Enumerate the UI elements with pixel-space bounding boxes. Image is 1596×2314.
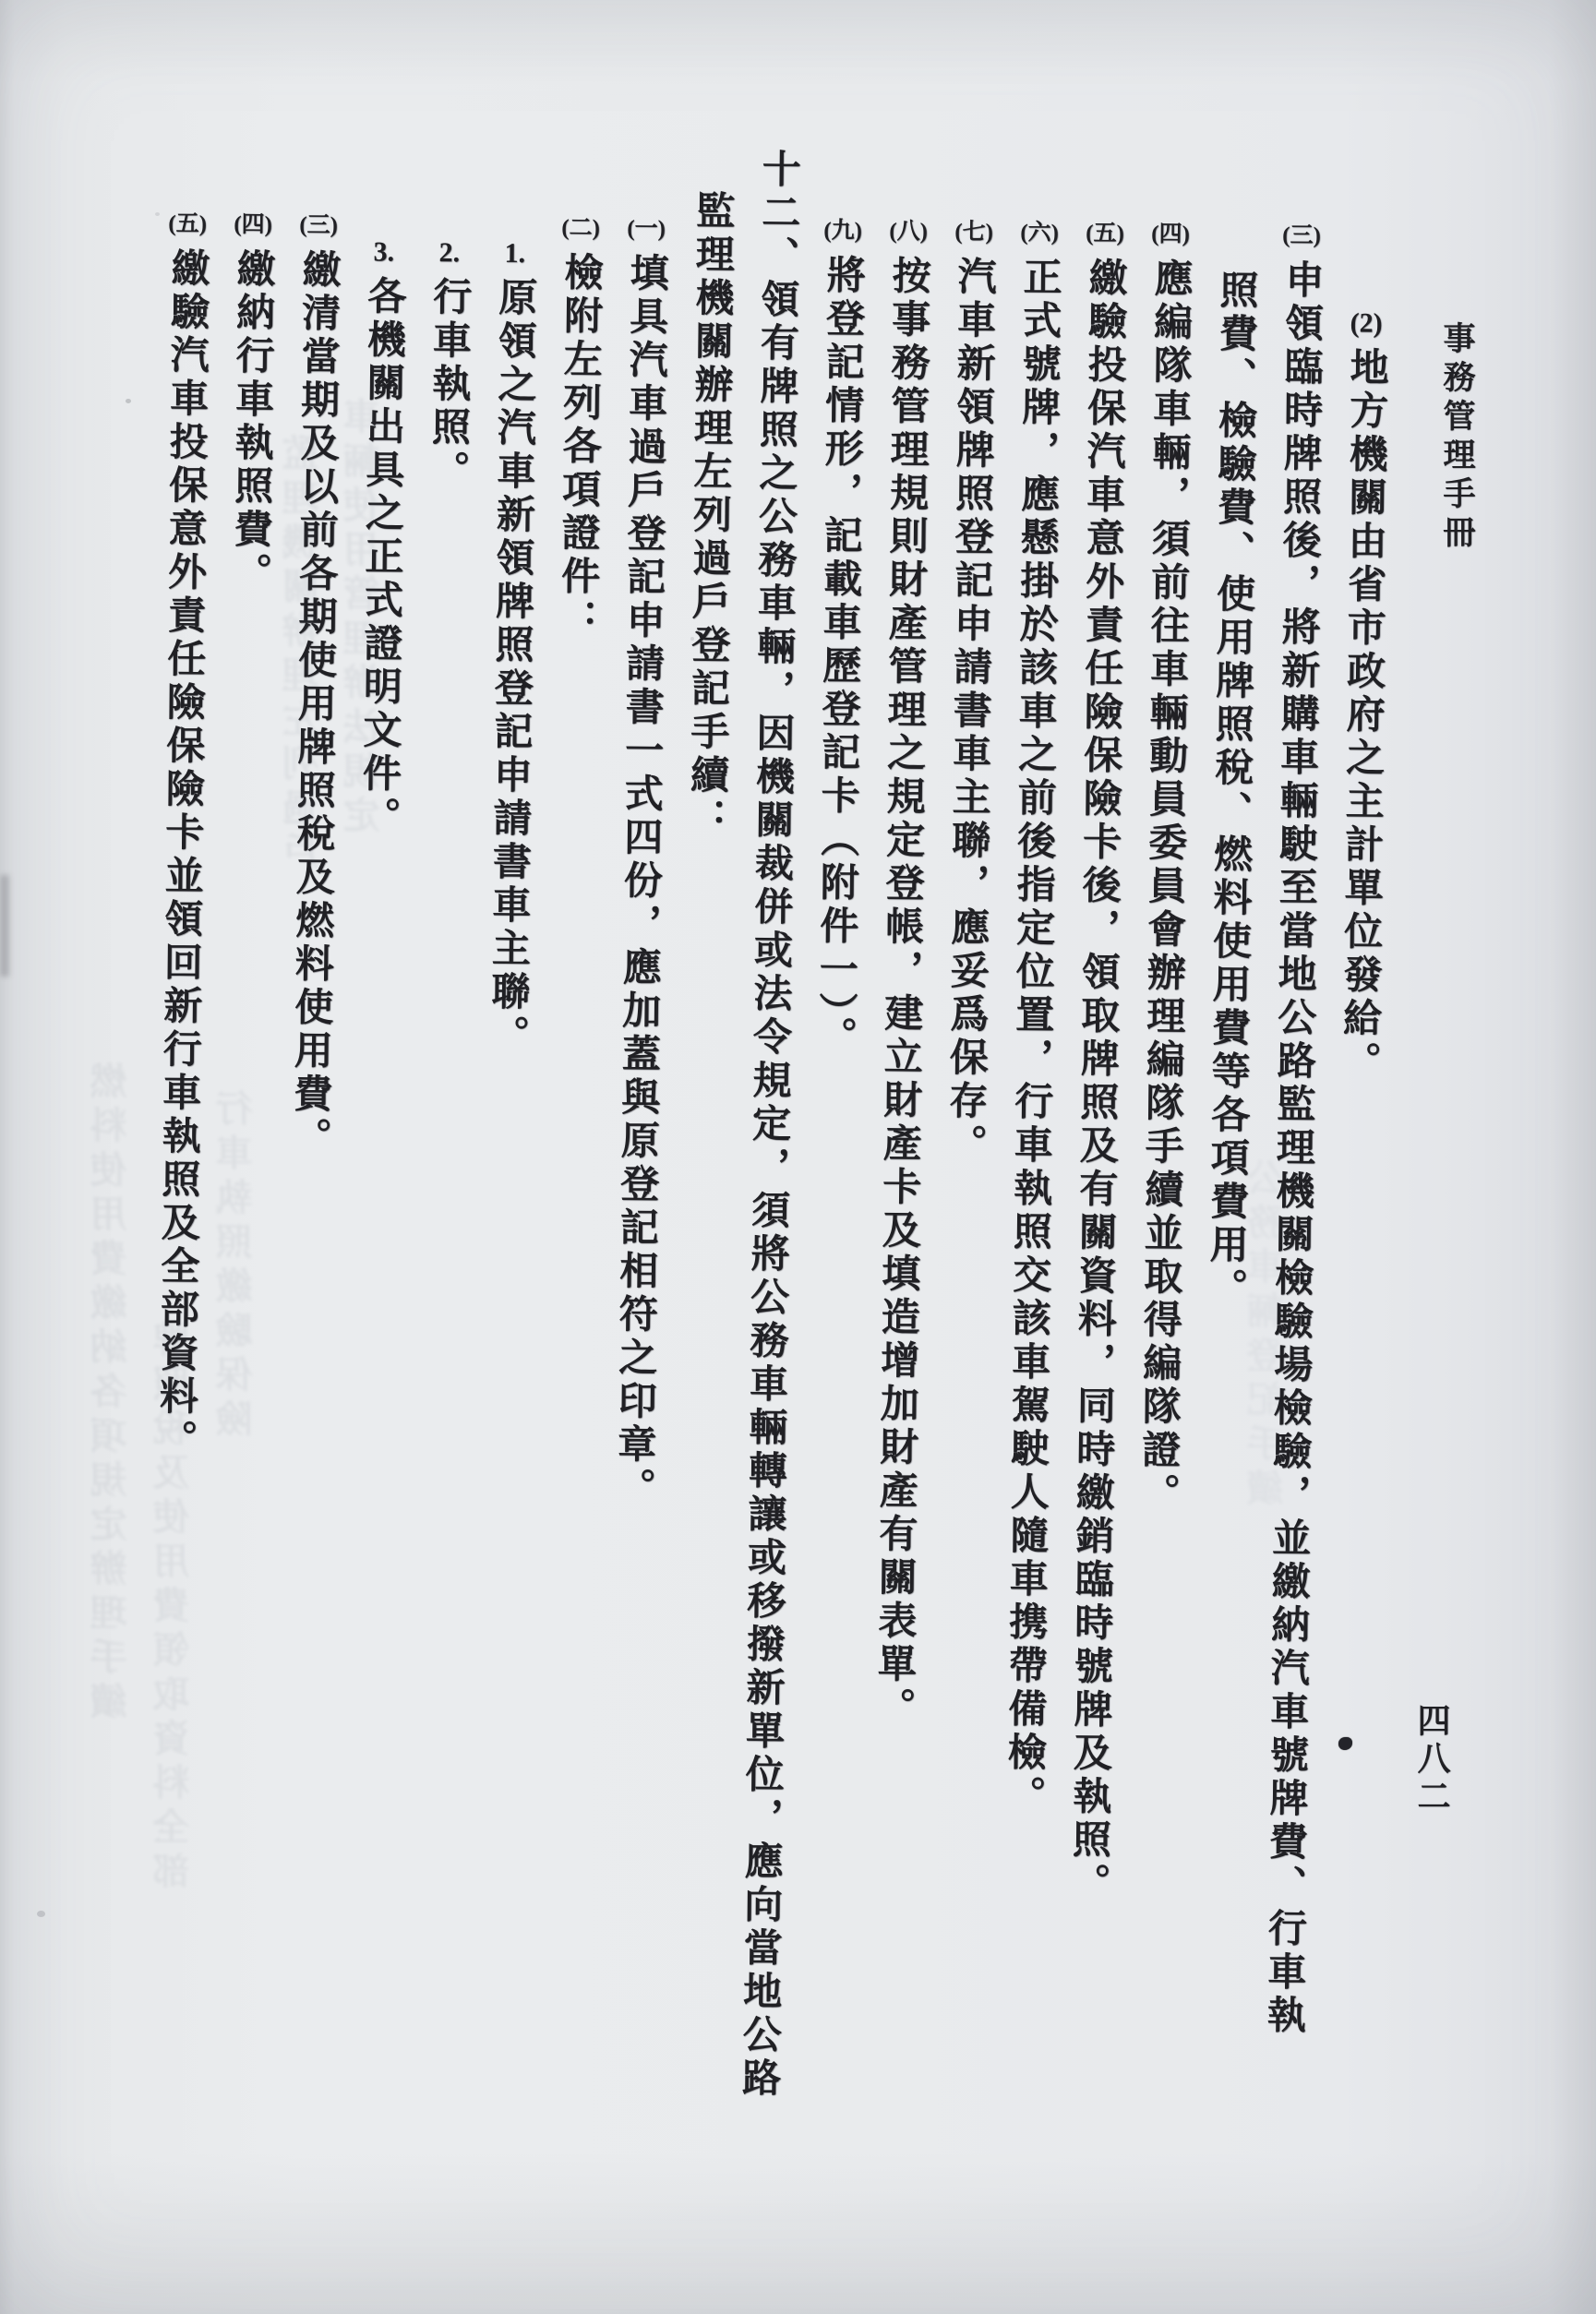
bleedthrough-ghost: 車輛使用管理辦法規定 bbox=[338, 397, 390, 840]
subitem-2-text: 行車執照。 bbox=[426, 276, 470, 493]
item-liu-marker: (六) bbox=[1018, 210, 1062, 257]
page-number: 四八二 bbox=[1409, 1703, 1456, 1816]
item-san-marker: (三) bbox=[1280, 213, 1324, 259]
item-si-text: 應編隊車輛，須前往車輛動員委員會辦理編隊手續並取得編隊證。 bbox=[1136, 258, 1192, 1516]
subitem-1-marker: 1. bbox=[494, 231, 537, 277]
scan-speck bbox=[690, 637, 694, 641]
bleedthrough-ghost: 行車執照繳驗保險 bbox=[210, 1089, 263, 1444]
bleedthrough-ghost: 牌照稅及使用費領取資料全部 bbox=[148, 1320, 200, 1896]
item-jiu-marker: (九) bbox=[822, 208, 865, 254]
item-san-wrap-text: 照費、檢驗費、使用牌照稅、燃料使用費等各項費用。 bbox=[1204, 270, 1257, 1311]
item-2-text: 地方機關由省市政府之主計單位發給。 bbox=[1337, 346, 1386, 1084]
item-liu-text: 正式號牌，應懸掛於該車之前後指定位置，行車執照交該車駕駛人隨車携帶備檢。 bbox=[1002, 257, 1061, 1818]
subitem-1-text: 原領之汽車新領牌照登記申請書車主聯。 bbox=[486, 277, 536, 1058]
scanned-document-page: 事務管理手冊 (2)地方機關由省市政府之主計單位發給。 (三)申領臨時牌照後，將… bbox=[0, 0, 1596, 2314]
item-12-text: 十二、領有牌照之公務車輛，因機關裁併或法令規定，須將公務車輛轉讓或移撥新單位，應… bbox=[737, 149, 799, 2101]
item-12-si-marker: (四) bbox=[232, 202, 275, 248]
item-jiu-text: 將登記情形，記載車歷登記卡（附件一）。 bbox=[813, 254, 864, 1059]
item-2-marker: (2) bbox=[1345, 300, 1388, 346]
item-san-text: 申領臨時牌照後，將新購車輛駛至當地公路監理機關檢驗場檢驗，並繳納汽車號牌費、行車… bbox=[1262, 259, 1323, 2038]
running-head-title: 事務管理手冊 bbox=[1434, 321, 1480, 554]
item-qi-marker: (七) bbox=[953, 210, 996, 256]
item-wu-marker: (五) bbox=[1084, 210, 1127, 257]
item-12-si-text: 繳納行車執照費。 bbox=[228, 248, 274, 595]
subitem-2-marker: 2. bbox=[428, 230, 472, 276]
bleedthrough-ghost: 公務車輛登記手續 bbox=[1242, 1158, 1294, 1513]
item-12-wu-text: 繳驗汽車投保意外責任險保險卡並領回新行車執照及全部資料。 bbox=[153, 247, 209, 1462]
item-12-san-marker: (三) bbox=[297, 202, 341, 248]
item-12-yi-marker: (一) bbox=[625, 206, 668, 252]
scan-speck bbox=[37, 1911, 45, 1917]
subitem-3-marker: 3. bbox=[363, 229, 406, 275]
item-12-er-text: 檢附左列各項證件： bbox=[555, 251, 601, 641]
item-12-wrap-text: 監理機關辦理左列過戶登記手續： bbox=[684, 190, 733, 841]
scan-speck bbox=[155, 212, 160, 216]
item-12-wu-marker: (五) bbox=[166, 201, 210, 247]
page-edge-shadow bbox=[0, 875, 9, 977]
item-12-er-marker: (二) bbox=[559, 205, 603, 251]
item-12-yi-text: 填具汽車過戶登記申請書一式四份，應加蓋與原登記相符之印章。 bbox=[612, 252, 667, 1510]
scan-speck bbox=[126, 399, 131, 403]
item-si-marker: (四) bbox=[1149, 211, 1193, 258]
item-qi-text: 汽車新領牌照登記申請書車主聯，應妥爲保存。 bbox=[942, 256, 994, 1167]
item-ba-marker: (八) bbox=[887, 209, 930, 255]
bleedthrough-ghost: 燃料使用費繳納各項規定辦理手續 bbox=[85, 1061, 138, 1726]
item-wu-text: 繳驗投保汽車意外責任險保險卡後，領取牌照及有關資料，同時繳銷臨時號牌及執照。 bbox=[1066, 257, 1126, 1905]
bleedthrough-ghost: 監理機關辦理左列過戶 bbox=[277, 434, 330, 877]
item-ba-text: 按事務管理規則財產管理之規定登帳，建立財產卡及填造增加財產有關表單。 bbox=[871, 255, 930, 1730]
